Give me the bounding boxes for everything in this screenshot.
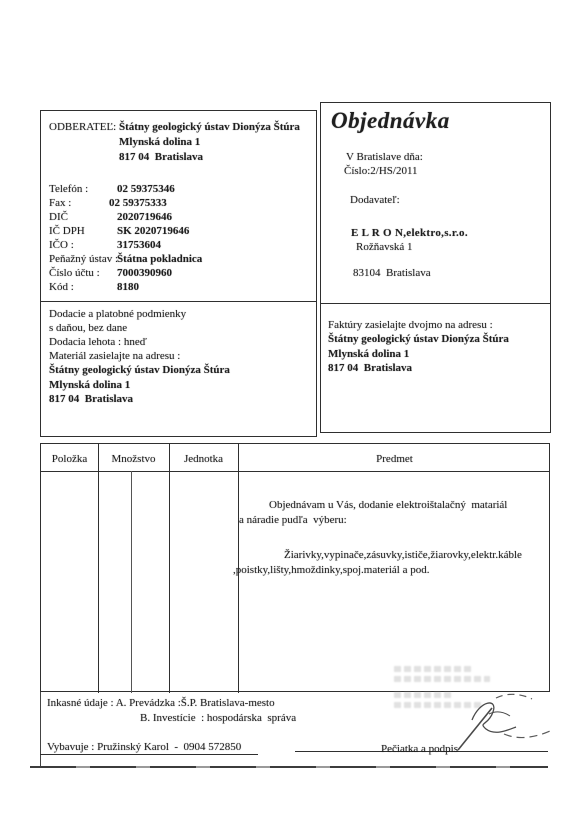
- buyer-address-city: 817 04 Bratislava: [119, 151, 203, 164]
- col-header-predmet: Predmet: [238, 453, 551, 465]
- field-row-kod: Kód :8180: [41, 281, 316, 295]
- field-value: 02 59375346: [117, 183, 175, 195]
- order-body-line3: Žiarivky,vypinače,zásuvky,ističe,žiarovk…: [284, 549, 522, 562]
- buyer-box-divider: [41, 301, 316, 302]
- field-value: 02 59375333: [109, 197, 167, 209]
- field-label: Peňažný ústav :: [49, 253, 118, 265]
- order-box: Objednávka V Bratislave dňa: Číslo:2/HS/…: [320, 102, 551, 433]
- order-form-page: ODBERATEĽ: Štátny geologický ústav Dioný…: [0, 0, 583, 834]
- order-body-line1: Objednávam u Vás, dodanie elektroištalač…: [269, 499, 507, 512]
- ship-name: Štátny geologický ústav Dionýza Štúra: [49, 364, 230, 377]
- table-header-rule: [41, 471, 549, 472]
- field-row-icdph: IČ DPHSK 2020719646: [41, 225, 316, 239]
- invoicing-street: Mlynská dolina 1: [328, 348, 409, 361]
- signature: [452, 688, 556, 758]
- field-label: DIČ: [49, 211, 68, 223]
- footer-left-border: [40, 692, 41, 768]
- col-header-mnozstvo: Množstvo: [98, 453, 169, 465]
- terms-line3: Dodacia lehota : hneď: [49, 336, 147, 349]
- field-label: IČO :: [49, 239, 74, 251]
- field-value: 8180: [117, 281, 139, 293]
- field-value: Štátna pokladnica: [117, 253, 202, 265]
- terms-line4: Materiál zasielajte na adresu :: [49, 350, 180, 363]
- supplier-street: Rožňavská 1: [356, 241, 413, 254]
- vybavuje-underline: [40, 754, 258, 755]
- order-box-divider: [321, 303, 550, 304]
- col-line-stray: [131, 471, 132, 693]
- field-label: Kód :: [49, 281, 74, 293]
- col-line-2: [169, 444, 170, 693]
- col-header-polozka: Položka: [41, 453, 98, 465]
- field-value: 2020719646: [117, 211, 172, 223]
- ship-city: 817 04 Bratislava: [49, 393, 133, 406]
- field-row-fax: Fax :02 59375333: [41, 197, 316, 211]
- buyer-name: Štátny geologický ústav Dionýza Štúra: [119, 121, 300, 133]
- field-value: 31753604: [117, 239, 161, 251]
- field-label: Číslo účtu :: [49, 267, 100, 279]
- supplier-name: E L R O N,elektro,s.r.o.: [351, 227, 468, 240]
- inkasne-line2: B. Investície : hospodárska správa: [140, 712, 296, 725]
- buyer-address-street: Mlynská dolina 1: [119, 136, 200, 149]
- supplier-label: Dodavateľ:: [350, 194, 400, 207]
- stamp-label: Pečiatka a podpis: [381, 743, 458, 756]
- invoicing-name: Štátny geologický ústav Dionýza Štúra: [328, 333, 509, 346]
- order-number: Číslo:2/HS/2011: [344, 165, 418, 178]
- field-label: Telefón :: [49, 183, 88, 195]
- order-body-line2: a náradie pudľa výberu:: [239, 514, 347, 527]
- field-row-penazny-ustav: Peňažný ústav :Štátna pokladnica: [41, 253, 316, 267]
- field-value: SK 2020719646: [117, 225, 189, 237]
- vybavuje-line: Vybavuje : Pružinský Karol - 0904 572850: [47, 741, 241, 754]
- buyer-label-line: ODBERATEĽ: Štátny geologický ústav Dioný…: [49, 121, 300, 134]
- field-row-ico: IČO :31753604: [41, 239, 316, 253]
- items-table: Položka Množstvo Jednotka Predmet Objedn…: [40, 443, 550, 692]
- buyer-label: ODBERATEĽ:: [49, 121, 116, 133]
- order-body-line4: ,poistky,lišty,hmoždinky,spoj.materiál a…: [233, 564, 429, 577]
- place-date-label: V Bratislave dňa:: [346, 151, 423, 164]
- field-value: 7000390960: [117, 267, 172, 279]
- inkasne-line1: Inkasné údaje : A. Prevádzka :Š.P. Brati…: [47, 697, 275, 710]
- col-line-1: [98, 444, 99, 693]
- ship-street: Mlynská dolina 1: [49, 379, 130, 392]
- field-row-cislo-uctu: Číslo účtu :7000390960: [41, 267, 316, 281]
- col-header-jednotka: Jednotka: [169, 453, 238, 465]
- invoicing-instruction: Faktúry zasielajte dvojmo na adresu :: [328, 319, 493, 332]
- terms-line2: s daňou, bez dane: [49, 322, 127, 335]
- invoicing-city: 817 04 Bratislava: [328, 362, 412, 375]
- buyer-box: ODBERATEĽ: Štátny geologický ústav Dioný…: [40, 110, 317, 437]
- field-label: Fax :: [49, 197, 71, 209]
- field-label: IČ DPH: [49, 225, 85, 237]
- page-title: Objednávka: [331, 108, 450, 134]
- field-row-telefon: Telefón :02 59375346: [41, 183, 316, 197]
- terms-line1: Dodacie a platobné podmienky: [49, 308, 186, 321]
- form-bottom-rule: [30, 766, 548, 768]
- field-row-dic: DIČ2020719646: [41, 211, 316, 225]
- supplier-city: 83104 Bratislava: [353, 267, 431, 280]
